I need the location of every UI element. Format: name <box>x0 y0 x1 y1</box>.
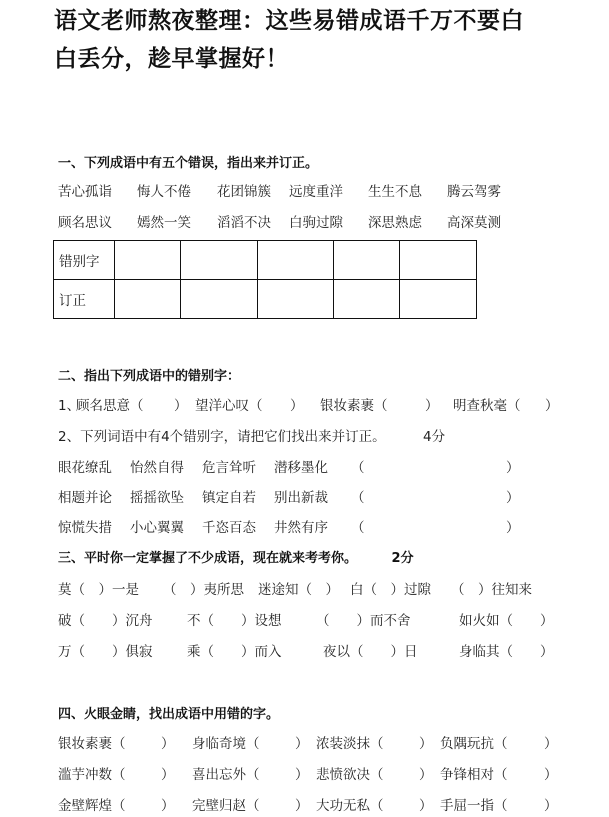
close-paren: ） <box>295 794 309 814</box>
idiom-blank: 银妆素裹（ <box>320 394 388 414</box>
score-label: 2分 <box>392 551 414 566</box>
close-paren: ） <box>290 394 304 414</box>
section-3-heading: 三、平时你一定掌握了不少成语，现在就来考考你。 2分 <box>58 547 414 566</box>
answer-cell[interactable] <box>181 280 258 319</box>
answer-cell[interactable] <box>400 241 477 280</box>
close-paren: ） <box>544 794 558 814</box>
idiom: 滔滔不决 <box>217 211 271 231</box>
idiom-blank: 浓装淡抹（ <box>316 732 384 752</box>
section-3-title: 三、平时你一定掌握了不少成语，现在就来考考你。 <box>58 551 357 566</box>
section-4-heading: 四、火眼金睛，找出成语中用错的字。 <box>58 703 279 722</box>
row-label-correction: 订正 <box>54 280 115 319</box>
close-paren: ） <box>506 486 520 506</box>
fill-blank-idiom: 如火如（ ） <box>459 609 554 629</box>
correction-row: 订正 <box>54 280 477 319</box>
fill-blank-idiom: 白（ ）过隙 <box>350 578 431 598</box>
idiom-blank: 大功无私（ <box>316 794 384 814</box>
answer-cell[interactable] <box>115 241 181 280</box>
idiom-blank: 银妆素裹（ <box>58 732 126 752</box>
idiom: 眼花缭乱 <box>58 456 112 476</box>
answer-cell[interactable] <box>181 241 258 280</box>
idiom: 千恣百态 <box>202 516 256 536</box>
fill-blank-idiom: （ ）往知来 <box>451 578 532 598</box>
close-paren: ） <box>174 394 188 414</box>
answer-cell[interactable] <box>258 241 334 280</box>
idiom: 小心翼翼 <box>130 516 184 536</box>
idiom: 花团锦簇 <box>217 180 271 200</box>
fill-blank-idiom: （ ）夷所思 <box>163 578 244 598</box>
idiom: 生生不息 <box>368 180 422 200</box>
close-paren: ） <box>545 394 559 414</box>
idiom-blank: 负隅玩抗（ <box>440 732 508 752</box>
close-paren: ） <box>544 763 558 783</box>
idiom-blank: 金壁辉煌（ <box>58 794 126 814</box>
question-prompt: 2、下列词语中有4个错别字，请把它们找出来并订正。 <box>58 425 386 445</box>
close-paren: ） <box>419 732 433 752</box>
row-label-wrong-char: 错别字 <box>54 241 115 280</box>
close-paren: ） <box>506 456 520 476</box>
idiom-blank: 手屈一指（ <box>440 794 508 814</box>
article-title: 语文老师熬夜整理：这些易错成语千万不要白 白丢分，趁早掌握好！ <box>54 2 594 78</box>
idiom: 嫣然一笑 <box>137 211 191 231</box>
fill-blank-idiom: 破（ ）沉舟 <box>58 609 153 629</box>
close-paren: ） <box>295 763 309 783</box>
idiom: 别出新裁 <box>274 486 328 506</box>
close-paren: ） <box>161 732 175 752</box>
close-paren: ） <box>544 732 558 752</box>
idiom-blank: 望洋心叹（ <box>195 394 263 414</box>
idiom: 危言耸听 <box>202 456 256 476</box>
fill-blank-idiom: 万（ ）俱寂 <box>58 640 153 660</box>
idiom: 镇定自若 <box>202 486 256 506</box>
idiom: 怡然自得 <box>130 456 184 476</box>
idiom-blank: 身临奇境（ <box>192 732 260 752</box>
idiom: 白驹过隙 <box>289 211 343 231</box>
fill-blank-idiom: 身临其（ ） <box>459 640 554 660</box>
idiom: 潜移墨化 <box>274 456 328 476</box>
idiom: 远度重洋 <box>289 180 343 200</box>
idiom-blank: 滥芋冲数（ <box>58 763 126 783</box>
section-1-heading: 一、下列成语中有五个错误，指出来并订正。 <box>58 152 318 171</box>
open-paren: （ <box>351 516 365 536</box>
close-paren: ） <box>161 763 175 783</box>
answer-cell[interactable] <box>258 280 334 319</box>
idiom: 深思熟虑 <box>368 211 422 231</box>
idiom: 相题并论 <box>58 486 112 506</box>
fill-blank-idiom: 乘（ ）而入 <box>187 640 282 660</box>
idiom-blank: 顾名思意（ <box>76 394 144 414</box>
idiom-blank: 喜出忘外（ <box>192 763 260 783</box>
idiom-blank: 悲愤欲决（ <box>316 763 384 783</box>
fill-blank-idiom: 不（ ）设想 <box>187 609 282 629</box>
idiom: 苦心孤诣 <box>58 180 112 200</box>
open-paren: （ <box>351 456 365 476</box>
idiom-blank: 争锋相对（ <box>440 763 508 783</box>
idiom: 井然有序 <box>274 516 328 536</box>
answer-cell[interactable] <box>115 280 181 319</box>
fill-blank-idiom: （ ）而不舍 <box>316 609 411 629</box>
idiom: 高深莫测 <box>447 211 501 231</box>
open-paren: （ <box>351 486 365 506</box>
close-paren: ） <box>425 394 439 414</box>
fill-blank-idiom: 夜以（ ）日 <box>323 640 418 660</box>
idiom: 摇摇欲坠 <box>130 486 184 506</box>
idiom: 腾云驾雾 <box>447 180 501 200</box>
close-paren: ） <box>419 763 433 783</box>
title-line-2: 白丢分，趁早掌握好！ <box>54 40 594 78</box>
answer-cell[interactable] <box>334 241 400 280</box>
close-paren: ） <box>161 794 175 814</box>
title-line-1: 语文老师熬夜整理：这些易错成语千万不要白 <box>54 2 594 40</box>
answer-cell[interactable] <box>334 280 400 319</box>
idiom-blank: 明查秋毫（ <box>453 394 521 414</box>
correction-table: 错别字 订正 <box>53 240 477 319</box>
close-paren: ） <box>419 794 433 814</box>
idiom-blank: 完壁归赵（ <box>192 794 260 814</box>
idiom: 惊慌失措 <box>58 516 112 536</box>
close-paren: ） <box>506 516 520 536</box>
answer-cell[interactable] <box>400 280 477 319</box>
idiom: 顾名思议 <box>58 211 112 231</box>
wrong-char-row: 错别字 <box>54 241 477 280</box>
fill-blank-idiom: 莫（ ）一是 <box>58 578 139 598</box>
section-2-heading: 二、指出下列成语中的错别字： <box>58 365 240 384</box>
close-paren: ） <box>295 732 309 752</box>
score-label: 4分 <box>423 425 445 445</box>
fill-blank-idiom: 迷途知（ ） <box>258 578 339 598</box>
idiom: 悔人不倦 <box>137 180 191 200</box>
